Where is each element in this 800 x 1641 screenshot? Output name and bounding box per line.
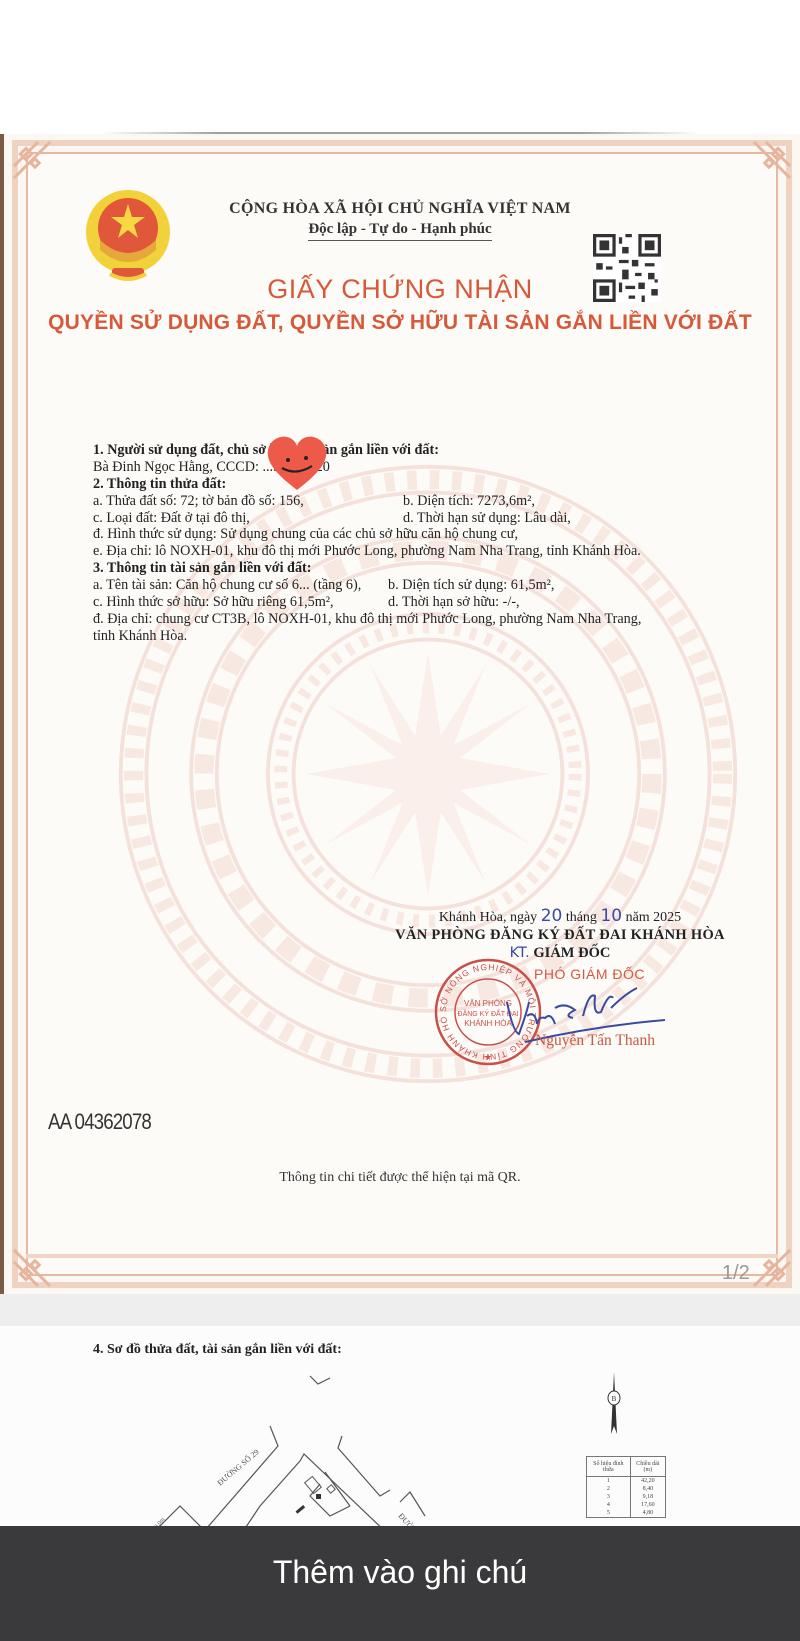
issuing-office: VĂN PHÒNG ĐĂNG KÝ ĐẤT ĐAI KHÁNH HÒA bbox=[380, 927, 740, 944]
section-2-heading: 2. Thông tin thửa đất: bbox=[93, 476, 733, 493]
page-indicator: 1/2 bbox=[722, 1262, 750, 1285]
certificate-page-1: CỘNG HÒA XÃ HỘI CHỦ NGHĨA VIỆT NAM Độc l… bbox=[0, 134, 800, 1294]
signing-block: Khánh Hòa, ngày 20 tháng 10 năm 2025 VĂN… bbox=[380, 906, 740, 962]
table-row: 39,18 bbox=[587, 1493, 666, 1501]
svg-text:B: B bbox=[612, 1395, 617, 1403]
land-type: c. Loại đất: Đất ở tại đô thị, bbox=[93, 510, 250, 526]
parcel-area: b. Diện tích: 7273,6m², bbox=[403, 493, 535, 510]
certificate-subtitle: QUYỀN SỬ DỤNG ĐẤT, QUYỀN SỞ HỮU TÀI SẢN … bbox=[0, 311, 800, 335]
svg-text:★: ★ bbox=[484, 1052, 492, 1062]
signing-date: Khánh Hòa, ngày 20 tháng 10 năm 2025 bbox=[380, 906, 740, 926]
corner-ornament-icon bbox=[10, 1246, 54, 1290]
asset-address-line2: tỉnh Khánh Hòa. bbox=[93, 628, 733, 645]
heart-smiley-sticker-icon bbox=[266, 434, 328, 492]
top-blank-area bbox=[0, 0, 800, 132]
corner-ornament-icon bbox=[10, 138, 54, 182]
land-use-form: đ. Hình thức sử dụng: Sử dụng chung của … bbox=[93, 526, 733, 543]
ownership-term: d. Thời hạn sở hữu: -/-, bbox=[388, 594, 520, 611]
bottom-border-band bbox=[26, 1254, 778, 1258]
corner-ornament-icon bbox=[750, 1246, 794, 1290]
certificate-title: GIẤY CHỨNG NHẬN bbox=[0, 274, 800, 305]
national-emblem-icon bbox=[82, 188, 174, 286]
parcel-number: a. Thửa đất số: 72; tờ bản đồ số: 156, bbox=[93, 493, 304, 509]
signer-name: Nguyễn Tấn Thanh bbox=[535, 1032, 655, 1050]
qr-note: Thông tin chi tiết được thể hiện tại mã … bbox=[0, 1170, 800, 1186]
certificate-body: 1. Người sử dụng đất, chủ sở hữu tài sản… bbox=[93, 442, 733, 645]
asset-address-line1: đ. Địa chỉ: chung cư CT3B, lô NOXH-01, k… bbox=[93, 611, 733, 628]
corner-ornament-icon bbox=[750, 138, 794, 182]
section-4-heading: 4. Sơ đồ thửa đất, tài sản gắn liền với … bbox=[93, 1342, 342, 1358]
road-label: ĐƯỜNG SỐ 29 bbox=[215, 1447, 261, 1488]
table-row: 142,20 bbox=[587, 1477, 666, 1486]
owner-info: Bà Đinh Ngọc Hằng, CCCD: ...93014020 bbox=[93, 459, 733, 476]
table-row: 28,40 bbox=[587, 1485, 666, 1493]
land-address: e. Địa chỉ: lô NOXH-01, khu đô thị mới P… bbox=[93, 543, 733, 560]
parcel-map-diagram: ĐƯỜNG SỐ 29 ĐƯỜNG 30,0m 16,0m bbox=[150, 1366, 450, 1526]
add-to-notes-button[interactable]: Thêm vào ghi chú bbox=[0, 1526, 800, 1641]
ownership-form: c. Hình thức sở hữu: Sở hữu riêng 61,5m²… bbox=[93, 594, 334, 610]
add-to-notes-label: Thêm vào ghi chú bbox=[273, 1554, 527, 1591]
asset-area: b. Diện tích sử dụng: 61,5m², bbox=[388, 577, 554, 594]
land-use-term: d. Thời hạn sử dụng: Lâu dài, bbox=[403, 510, 571, 527]
page-edge bbox=[0, 134, 4, 1294]
north-arrow-icon: B bbox=[603, 1372, 625, 1442]
section-3-heading: 3. Thông tin tài sản gắn liền với đất: bbox=[93, 560, 733, 577]
asset-name: a. Tên tài sản: Căn hộ chung cư số 6... … bbox=[93, 577, 361, 593]
page-separator bbox=[0, 1294, 800, 1326]
section-1-heading: 1. Người sử dụng đất, chủ sở hữu tài sản… bbox=[93, 442, 733, 459]
signing-day: 20 bbox=[541, 906, 563, 926]
table-header: Chiều dài (m) bbox=[630, 1457, 665, 1477]
road-label: ĐƯỜNG bbox=[396, 1511, 423, 1526]
table-row: 417,60 bbox=[587, 1501, 666, 1509]
certificate-page-2: 4. Sơ đồ thửa đất, tài sản gắn liền với … bbox=[0, 1326, 800, 1526]
nation-name: CỘNG HÒA XÃ HỘI CHỦ NGHĨA VIỆT NAM bbox=[200, 200, 600, 218]
signing-month: 10 bbox=[600, 906, 622, 926]
national-motto: Độc lập - Tự do - Hạnh phúc bbox=[308, 221, 491, 241]
certificate-header: CỘNG HÒA XÃ HỘI CHỦ NGHĨA VIỆT NAM Độc l… bbox=[200, 200, 600, 241]
certificate-serial-number: AA 04362078 bbox=[48, 1109, 151, 1135]
table-header: Số hiệu đỉnh thửa bbox=[587, 1457, 631, 1477]
table-row: 54,80 bbox=[587, 1509, 666, 1518]
dimension-label: 30,0m bbox=[152, 1517, 167, 1526]
distance-table: Số hiệu đỉnh thửa Chiều dài (m) 142,20 2… bbox=[586, 1456, 666, 1518]
